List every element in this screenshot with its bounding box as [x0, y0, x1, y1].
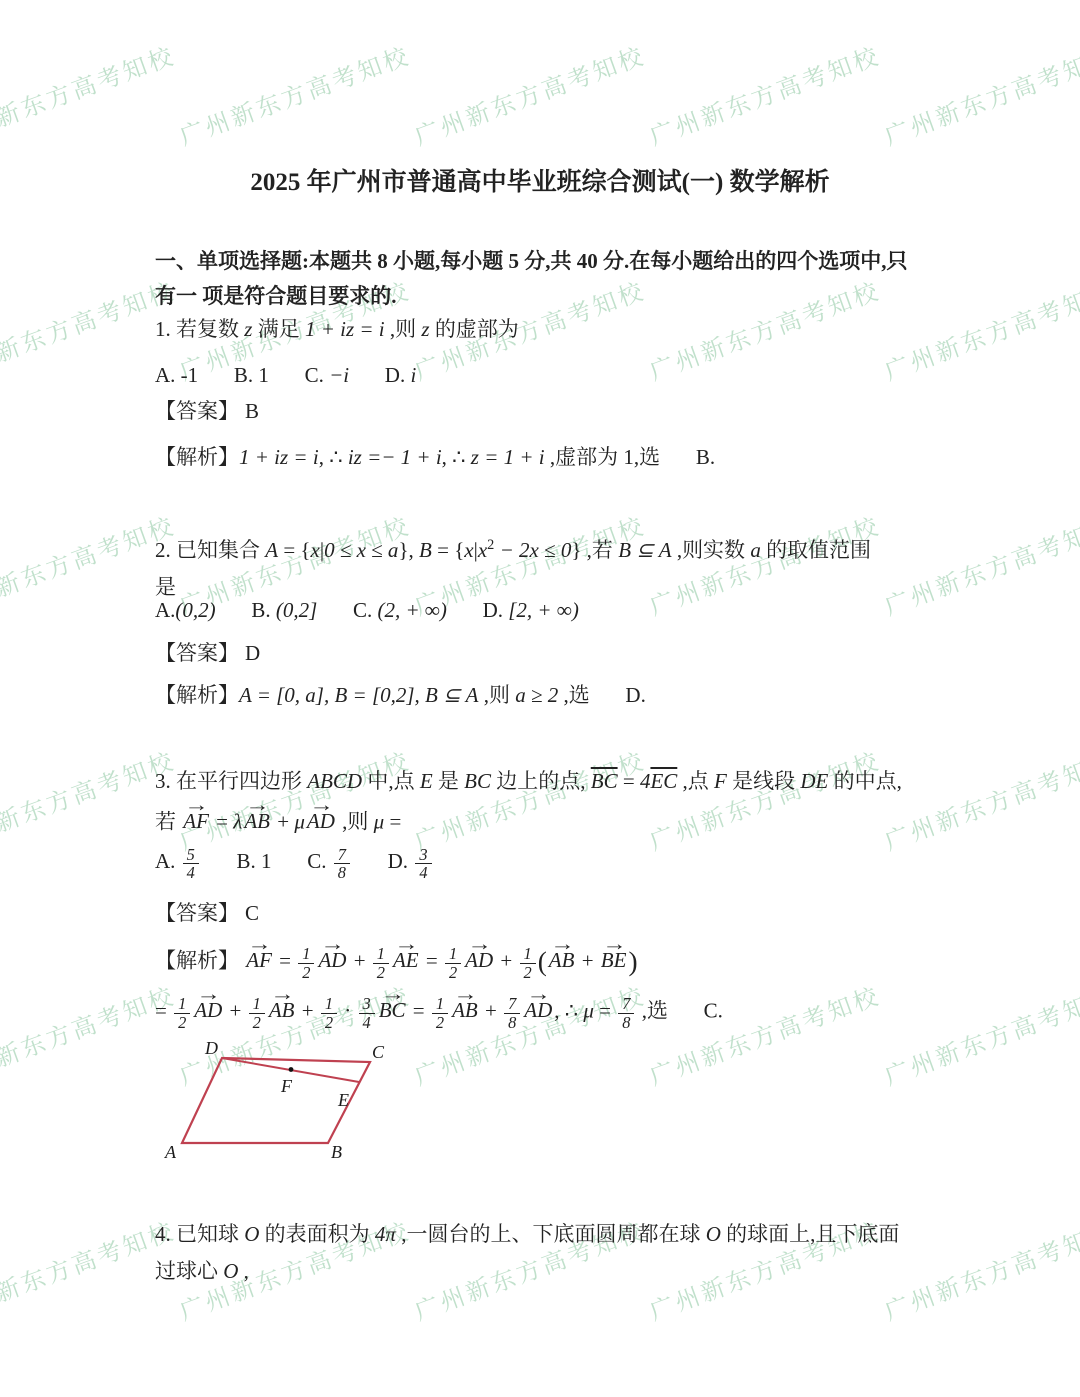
math-token: 0 ≤ x ≤ a	[324, 538, 398, 562]
math-token: C.	[704, 998, 723, 1022]
math-token: 4. 已知球	[155, 1222, 244, 1246]
math-token: A	[265, 538, 278, 562]
math-token: →AD	[194, 990, 222, 1021]
question-3-stem: 3. 在平行四边形 ABCD 中,点 E 是 BC 边上的点, BC = 4EC…	[155, 761, 945, 841]
math-token: DE	[800, 769, 828, 793]
watermark-text: 广州新东方高考知校	[0, 741, 179, 857]
math-token: , ∴	[442, 445, 471, 469]
math-token: 1 + iz = i	[239, 445, 319, 469]
math-token: A = [0, a], B = [0,2], B ⊆ A	[239, 683, 478, 707]
question-3-analysis-line1: 【解析】 →AF = 12→AD + 12→AE = 12→AD + 12(→A…	[155, 940, 945, 981]
math-token: →AF	[183, 801, 209, 832]
math-token: ,则实数	[672, 538, 751, 562]
watermark-text: 广州新东方高考知校	[0, 976, 179, 1092]
page-title: 2025 年广州市普通高中毕业班综合测试(一) 数学解析	[0, 167, 1080, 200]
math-token: 78	[618, 995, 634, 1030]
question-3-stem-line1: 3. 在平行四边形 ABCD 中,点 E 是 BC 边上的点, BC = 4EC…	[155, 761, 945, 801]
math-token: B. 1	[237, 849, 272, 873]
math-token: +	[576, 948, 598, 972]
parallelogram-figure: A B C D E F	[155, 1036, 405, 1171]
math-token: (2, + ∞)	[378, 598, 447, 622]
math-token: EC	[650, 769, 677, 793]
math-token: } ,若	[571, 538, 618, 562]
math-token: =	[408, 998, 430, 1022]
section-instructions-line1: 一、单项选择题:本题共 8 小题,每小题 5 分,共 40 分.在每小题给出的四…	[155, 244, 945, 279]
question-2-answer: 【答案】D	[155, 640, 945, 667]
question-3-analysis-line2: = 12→AD + 12→AB + 12 · 34→BC = 12→AB + 7…	[155, 990, 945, 1031]
math-token: +	[495, 948, 517, 972]
math-token: D.	[388, 849, 414, 873]
watermark-text: 广州新东方高考知校	[0, 36, 179, 152]
math-token: =	[274, 948, 296, 972]
math-token: μ	[374, 809, 385, 833]
watermark-text: 广州新东方高考知校	[0, 1211, 179, 1327]
math-token: =	[618, 769, 640, 793]
section-instructions: 一、单项选择题:本题共 8 小题,每小题 5 分,共 40 分.在每小题给出的四…	[155, 244, 945, 314]
math-token: 34	[359, 995, 375, 1030]
watermark-text: 广州新东方高考知校	[0, 506, 179, 622]
answer-label: 【答案】	[155, 399, 239, 423]
math-token: →BE	[601, 940, 627, 971]
question-3-answer-value: C	[245, 901, 259, 925]
math-token: A.	[155, 849, 181, 873]
math-token: +	[272, 809, 294, 833]
math-token: iz =− 1 + i	[348, 445, 442, 469]
math-token: 1 + iz = i	[305, 317, 385, 341]
math-token: +	[348, 948, 370, 972]
math-token: ·	[339, 998, 357, 1022]
midpoint-F-dot	[289, 1067, 294, 1072]
math-token: +	[296, 998, 318, 1022]
math-token: 2. 已知集合	[155, 538, 265, 562]
math-token: − 2x ≤ 0	[494, 538, 571, 562]
math-token: 78	[504, 995, 520, 1030]
math-token: C.	[353, 598, 378, 622]
question-4-stem: 4. 已知球 O 的表面积为 4π ,一圆台的上、下底面圆周都在球 O 的球面上…	[155, 1216, 945, 1290]
math-token: D.	[385, 363, 411, 387]
math-token: =	[594, 998, 616, 1022]
math-token: 【解析】	[155, 683, 239, 707]
math-token: ,一圆台的上、下底面圆周都在球	[396, 1222, 706, 1246]
watermark-text: 广州新东方高考知校	[0, 271, 179, 387]
math-token: ,则	[337, 809, 374, 833]
math-token: z	[421, 317, 429, 341]
question-1-answer: 【答案】B	[155, 398, 945, 425]
math-token: E	[420, 769, 433, 793]
watermark-text: 广州新东方高考知校	[644, 36, 884, 152]
math-token: 12	[298, 945, 314, 980]
question-4-stem-line2: 过球心 O ,	[155, 1253, 945, 1290]
math-token: 过球心	[155, 1259, 223, 1283]
math-token: =	[155, 998, 172, 1022]
answer-label: 【答案】	[155, 901, 239, 925]
math-token: →AD	[524, 990, 552, 1021]
math-token: i	[410, 363, 416, 387]
watermark-text: 广州新东方高考知校	[409, 36, 649, 152]
math-token: O	[244, 1222, 259, 1246]
math-token: z = 1 + i	[471, 445, 545, 469]
math-token: 的虚部为	[430, 317, 519, 341]
watermark-text: 广州新东方高考知校	[879, 36, 1080, 152]
math-token: = {	[278, 538, 310, 562]
math-token: x	[478, 538, 487, 562]
math-token: 3. 在平行四边形	[155, 769, 307, 793]
math-token: [2, + ∞)	[508, 598, 579, 622]
math-token: 的球面上,且下底面	[721, 1222, 900, 1246]
math-token: 12	[373, 945, 389, 980]
math-token: 12	[249, 995, 265, 1030]
math-token: 12	[520, 945, 536, 980]
math-token: ,选	[558, 683, 590, 707]
math-token: −i	[329, 363, 349, 387]
question-2-stem: 2. 已知集合 A = {x|0 ≤ x ≤ a}, B = {x|x2 − 2…	[155, 527, 945, 606]
math-token: →AB	[244, 801, 270, 832]
math-token: x	[464, 538, 473, 562]
math-token: (	[538, 947, 547, 977]
math-token: ,选	[636, 998, 668, 1022]
math-token: , ∴	[554, 998, 583, 1022]
math-token: A. -1	[155, 363, 198, 387]
math-token: →AB	[549, 940, 575, 971]
math-token: BC	[464, 769, 491, 793]
math-token: , ∴	[319, 445, 348, 469]
math-token: ,则	[478, 683, 515, 707]
section-instructions-line2: 有一 项是符合题目要求的.	[155, 279, 945, 314]
question-4-stem-line1: 4. 已知球 O 的表面积为 4π ,一圆台的上、下底面圆周都在球 O 的球面上…	[155, 1216, 945, 1253]
question-3-answer: 【答案】C	[155, 900, 945, 927]
math-token: →AF	[246, 940, 272, 971]
math-token: O	[706, 1222, 721, 1246]
math-token: 12	[445, 945, 461, 980]
math-token: a	[750, 538, 761, 562]
vertex-label-D: D	[204, 1038, 218, 1058]
question-1-answer-value: B	[245, 399, 259, 423]
math-token: ,	[238, 1259, 249, 1283]
math-token: ,点	[677, 769, 714, 793]
math-token: →BC	[379, 990, 406, 1021]
math-token: 的取值范围	[761, 538, 871, 562]
vertex-label-B: B	[331, 1142, 342, 1162]
math-token: →AD	[318, 940, 346, 971]
math-token: 4π	[375, 1222, 396, 1246]
math-token: = {	[432, 538, 464, 562]
math-token: 是线段	[727, 769, 801, 793]
math-token: O	[223, 1259, 238, 1283]
question-1-stem: 1. 若复数 z 满足 1 + iz = i ,则 z 的虚部为	[155, 316, 945, 343]
question-2-analysis: 【解析】A = [0, a], B = [0,2], B ⊆ A ,则 a ≥ …	[155, 682, 945, 709]
question-3-stem-line2: 若 →AF = λ→AB + μ→AD ,则 μ =	[155, 801, 945, 841]
math-token: A.	[155, 598, 175, 622]
math-token: 54	[183, 846, 199, 881]
question-1-options: A. -1B. 1C. −iD. i	[155, 362, 945, 389]
math-token: 若	[155, 809, 181, 833]
math-token: 是	[155, 575, 176, 599]
question-2-options: A.(0,2)B. (0,2]C. (2, + ∞)D. [2, + ∞)	[155, 597, 945, 624]
math-token: C.	[305, 363, 330, 387]
math-token: 【解析】	[155, 445, 239, 469]
math-token: 12	[321, 995, 337, 1030]
math-token: B	[419, 538, 432, 562]
math-token: B. 1	[234, 363, 269, 387]
math-token: 的中点,	[828, 769, 902, 793]
math-token: →AB	[452, 990, 478, 1021]
math-token: C.	[307, 849, 332, 873]
math-token: 12	[432, 995, 448, 1030]
math-token: ,虚部为 1,选	[545, 445, 661, 469]
question-2-answer-value: D	[245, 641, 260, 665]
math-token: 12	[174, 995, 190, 1030]
watermark-text: 广州新东方高考知校	[174, 36, 414, 152]
math-token: (0,2]	[276, 598, 317, 622]
math-token: =	[384, 809, 401, 833]
math-token: B ⊆ A	[618, 538, 671, 562]
answer-label: 【答案】	[155, 641, 239, 665]
math-token: →AD	[307, 801, 335, 832]
math-token: =	[211, 809, 233, 833]
vertex-label-C: C	[372, 1042, 385, 1062]
vertex-label-A: A	[164, 1142, 177, 1162]
math-token: +	[224, 998, 246, 1022]
math-token: 【解析】	[155, 948, 244, 972]
math-token: 78	[334, 846, 350, 881]
math-token: 1. 若复数	[155, 317, 244, 341]
math-token: 中,点	[362, 769, 420, 793]
math-token: },	[398, 538, 419, 562]
math-token: →AB	[269, 990, 295, 1021]
math-token: μ	[583, 998, 594, 1022]
math-token: 满足	[252, 317, 305, 341]
math-token: B.	[251, 598, 276, 622]
math-token: =	[421, 948, 443, 972]
math-token: a ≥ 2	[515, 683, 558, 707]
math-token: F	[714, 769, 727, 793]
math-token: λ	[233, 809, 242, 833]
math-token: 4	[640, 769, 651, 793]
math-token: ABCD	[307, 769, 362, 793]
exam-document-page: 广州新东方高考知校广州新东方高考知校广州新东方高考知校广州新东方高考知校广州新东…	[0, 0, 1080, 1397]
math-token: BC	[591, 769, 618, 793]
math-token: 34	[415, 846, 431, 881]
math-token: +	[480, 998, 502, 1022]
point-label-F: F	[280, 1076, 293, 1096]
math-token: D.	[483, 598, 509, 622]
question-3-options: A. 54B. 1C. 78D. 34	[155, 846, 945, 881]
math-token: →AD	[465, 940, 493, 971]
question-1-analysis: 【解析】1 + iz = i, ∴ iz =− 1 + i, ∴ z = 1 +…	[155, 444, 945, 471]
math-token: D.	[625, 683, 645, 707]
math-token: 的表面积为	[259, 1222, 375, 1246]
math-token: →AE	[393, 940, 419, 971]
math-token: μ	[294, 809, 305, 833]
point-label-E: E	[337, 1090, 349, 1110]
math-token: (0,2)	[175, 598, 215, 622]
question-2-stem-line1: 2. 已知集合 A = {x|0 ≤ x ≤ a}, B = {x|x2 − 2…	[155, 527, 945, 569]
math-token: )	[628, 947, 637, 977]
math-token: B.	[696, 445, 715, 469]
math-token: 边上的点,	[491, 769, 591, 793]
math-token: ,则	[385, 317, 422, 341]
math-token: x	[311, 538, 320, 562]
math-token: 是	[433, 769, 465, 793]
